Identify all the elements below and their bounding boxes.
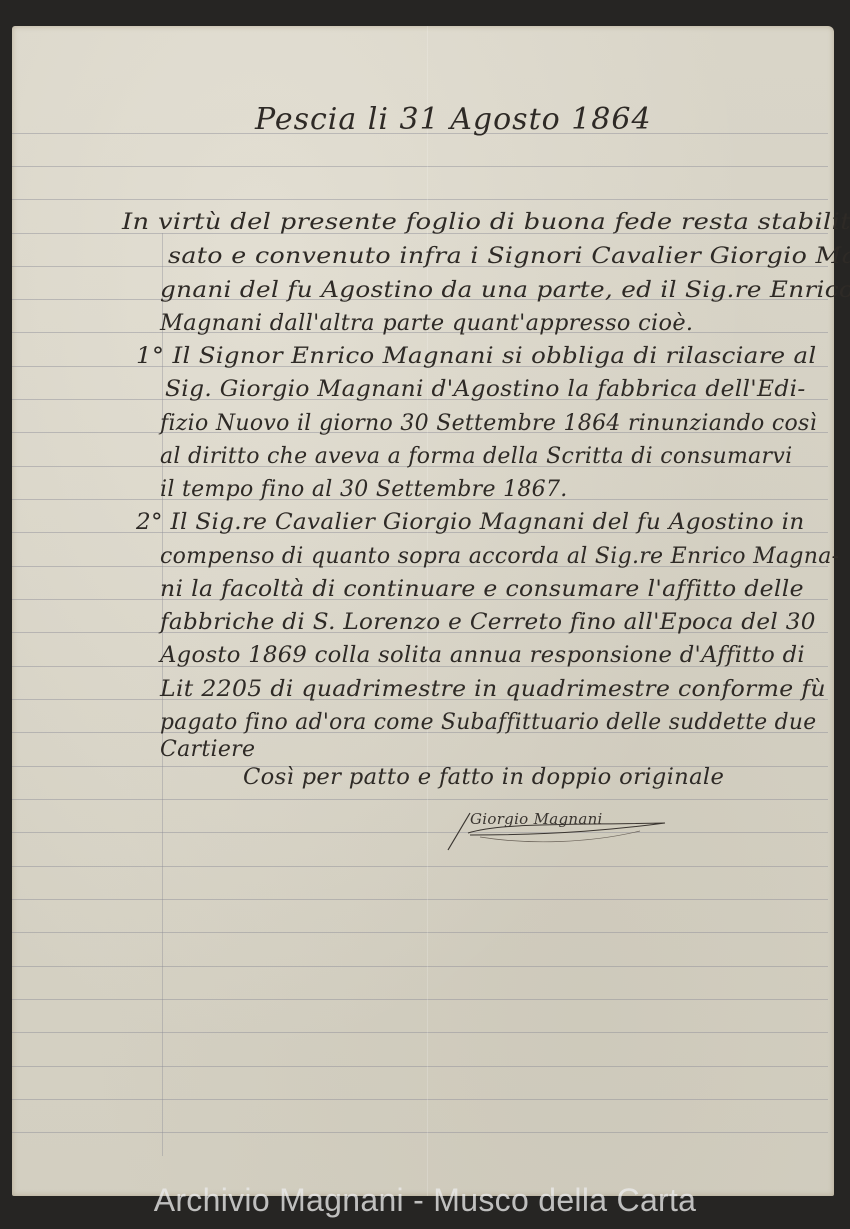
ruled-line: [12, 1032, 828, 1033]
body-line: fizio Nuovo il giorno 30 Settembre 1864 …: [160, 411, 817, 436]
archive-watermark-caption: Archivio Magnani - Musco della Carta: [0, 1182, 850, 1219]
body-line: Cartiere: [160, 737, 255, 762]
document-date-heading: Pescia li 31 Agosto 1864: [255, 102, 652, 137]
ruled-line: [12, 966, 828, 967]
body-line: gnani del fu Agostino da una parte, ed i…: [160, 278, 850, 303]
ruled-line: [12, 899, 828, 900]
ruled-line: [12, 799, 828, 800]
ruled-line: [12, 166, 828, 167]
body-line: Sig. Giorgio Magnani d'Agostino la fabbr…: [165, 377, 806, 402]
body-line: 1° Il Signor Enrico Magnani si obbliga d…: [136, 344, 817, 369]
ruled-line: [12, 999, 828, 1000]
body-line: Lit 2205 di quadrimestre in quadrimestre…: [160, 677, 826, 702]
body-line: pagato fino ad'ora come Subaffittuario d…: [160, 710, 816, 735]
ruled-line: [12, 932, 828, 933]
body-line: Agosto 1869 colla solita annua responsio…: [160, 643, 805, 668]
ruled-line: [12, 1132, 828, 1133]
body-line: al diritto che aveva a forma della Scrit…: [160, 444, 792, 469]
ruled-line: [12, 199, 828, 200]
body-line: Magnani dall'altra parte quant'appresso …: [160, 311, 693, 336]
body-line: ni la facoltà di continuare e consumare …: [160, 577, 804, 602]
closing-formula: Così per patto e fatto in doppio origina…: [243, 765, 724, 790]
ruled-line: [12, 866, 828, 867]
ruled-line: [12, 1099, 828, 1100]
body-line: In virtù del presente foglio di buona fe…: [122, 210, 850, 235]
ruled-line: [12, 832, 828, 833]
body-line: il tempo fino al 30 Settembre 1867.: [160, 477, 568, 502]
body-line: sato e convenuto infra i Signori Cavalie…: [168, 244, 850, 269]
body-line: fabbriche di S. Lorenzo e Cerreto fino a…: [160, 610, 816, 635]
body-line: 2° Il Sig.re Cavalier Giorgio Magnani de…: [136, 510, 805, 535]
ruled-line: [12, 1066, 828, 1067]
body-line: compenso di quanto sopra accorda al Sig.…: [160, 544, 839, 569]
signature-flourish-icon: [440, 805, 680, 855]
